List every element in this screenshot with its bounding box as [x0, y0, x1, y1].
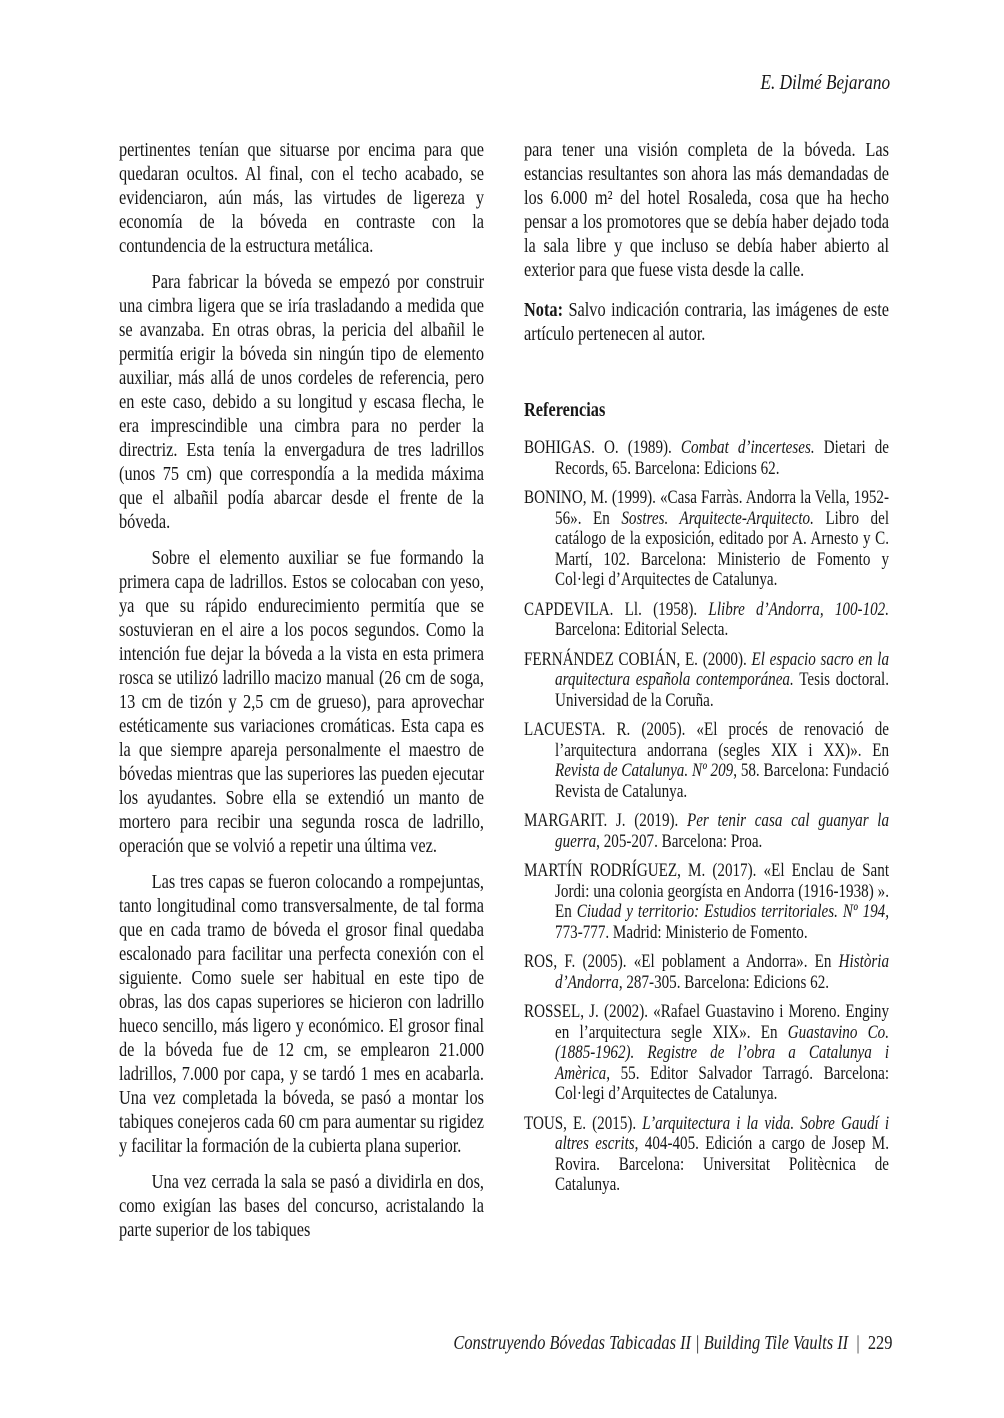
- body-paragraph: Sobre el elemento auxiliar se fue forman…: [119, 546, 484, 858]
- body-paragraph: pertinentes tenían que situarse por enci…: [119, 138, 484, 258]
- body-paragraph: Las tres capas se fueron colocando a rom…: [119, 870, 484, 1158]
- reference-entry: BONINO, M. (1999). «Casa Farràs. Andorra…: [524, 488, 889, 591]
- reference-entry: ROS, F. (2005). «El poblament a Andorra»…: [524, 952, 889, 993]
- right-column: para tener una visión completa de la bóv…: [524, 138, 889, 1205]
- reference-entry: ROSSEL, J. (2002). «Rafael Guastavino i …: [524, 1002, 889, 1105]
- page-footer: Construyendo Bóvedas Tabicadas II | Buil…: [453, 1332, 892, 1355]
- reference-entry: MARTÍN RODRÍGUEZ, M. (2017). «El Enclau …: [524, 861, 889, 943]
- body-paragraph: para tener una visión completa de la bóv…: [524, 138, 889, 282]
- running-header-author: E. Dilmé Bejarano: [760, 70, 890, 95]
- reference-entry: FERNÁNDEZ COBIÁN, E. (2000). El espacio …: [524, 650, 889, 712]
- reference-entry: MARGARIT. J. (2019). Per tenir casa cal …: [524, 811, 889, 852]
- references-list: BOHIGAS. O. (1989). Combat d’incerteses.…: [524, 438, 889, 1196]
- footer-running-title: Construyendo Bóvedas Tabicadas II | Buil…: [453, 1332, 848, 1354]
- right-column-paragraphs: para tener una visión completa de la bóv…: [524, 138, 889, 282]
- footer-divider: |: [856, 1332, 859, 1354]
- reference-entry: CAPDEVILA. Ll. (1958). Llibre d’Andorra,…: [524, 600, 889, 641]
- references-heading: Referencias: [524, 398, 889, 422]
- left-column: pertinentes tenían que situarse por enci…: [119, 138, 484, 1254]
- note-paragraph: Nota: Salvo indicación contraria, las im…: [524, 298, 889, 346]
- body-paragraph: Para fabricar la bóveda se empezó por co…: [119, 270, 484, 534]
- reference-entry: LACUESTA. R. (2005). «El procés de renov…: [524, 720, 889, 802]
- body-paragraph: Una vez cerrada la sala se pasó a dividi…: [119, 1170, 484, 1242]
- reference-entry: BOHIGAS. O. (1989). Combat d’incerteses.…: [524, 438, 889, 479]
- page-number: 229: [867, 1332, 892, 1354]
- reference-entry: TOUS, E. (2015). L’arquitectura i la vid…: [524, 1114, 889, 1196]
